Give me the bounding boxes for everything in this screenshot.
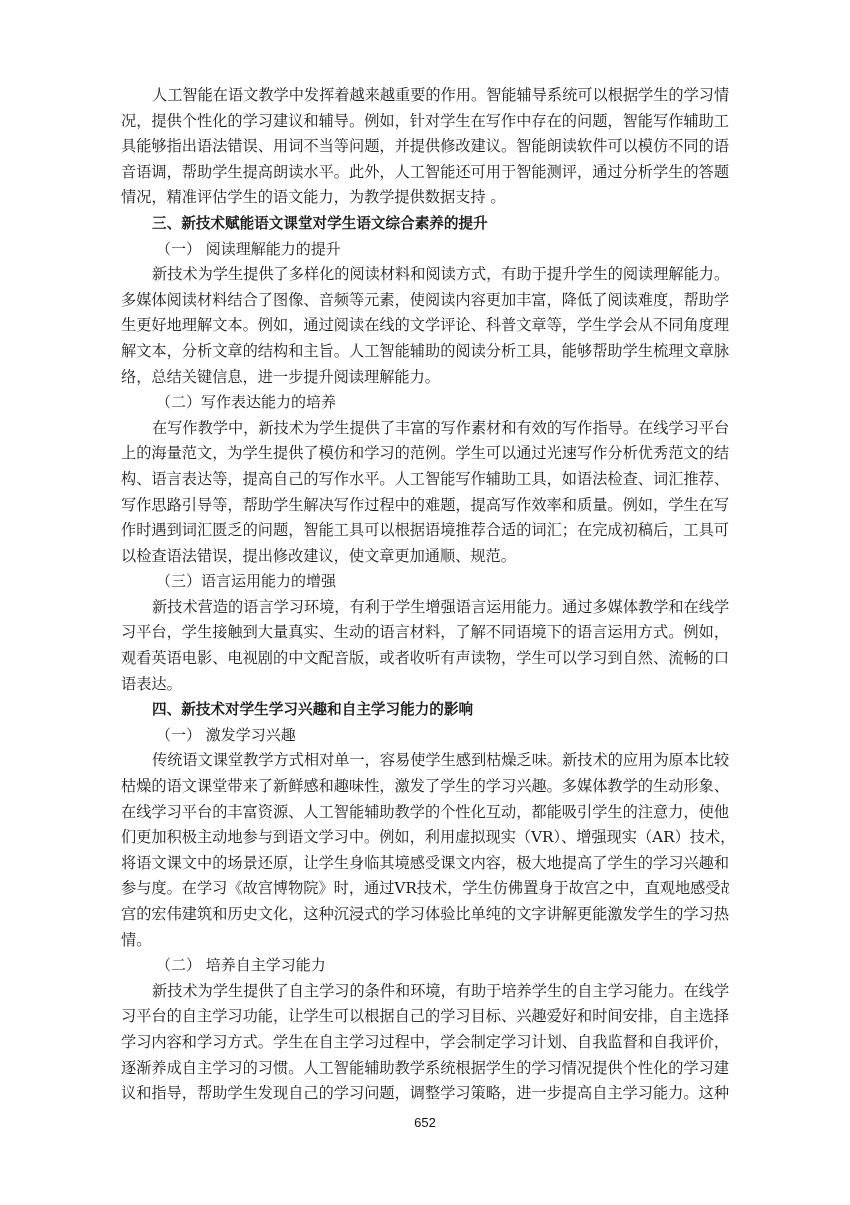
text-line: 新技术营造的语言学习环境，有利于学生增强语言运用能力。通过多媒体教学和在线学 (121, 595, 729, 621)
section-heading-4: 四、新技术对学生学习兴趣和自主学习能力的影响 (121, 697, 729, 723)
paragraph-writing: 在写作教学中，新技术为学生提供了丰富的写作素材和有效的写作指导。在线学习平台上的… (121, 416, 729, 570)
text-line: 解文本，分析文章的结构和主旨。人工智能辅助的阅读分析工具，能够帮助学生梳理文章脉 (121, 339, 729, 365)
text-line: 议和指导，帮助学生发现自己的学习问题，调整学习策略，进一步提高自主学习能力。这种 (121, 1081, 729, 1107)
text-line: 音语调，帮助学生提高朗读水平。此外，人工智能还可用于智能测评，通过分析学生的答题 (121, 160, 729, 186)
subsection-heading-3-3: （三）语言运用能力的增强 (121, 569, 729, 595)
text-line: 况，提供个性化的学习建议和辅导。例如，针对学生在写作中存在的问题，智能写作辅助工 (121, 109, 729, 135)
text-line: 习平台的自主学习功能，让学生可以根据自己的学习目标、兴趣爱好和时间安排，自主选择 (121, 1004, 729, 1030)
paragraph-ai-in-teaching: 人工智能在语文教学中发挥着越来越重要的作用。智能辅导系统可以根据学生的学习情况，… (121, 83, 729, 211)
text-line: 情。 (121, 928, 729, 954)
text-line: 学习内容和学习方式。学生在自主学习过程中，学会制定学习计划、自我监督和自我评价， (121, 1030, 729, 1056)
text-line: 作时遇到词汇匮乏的问题，智能工具可以根据语境推荐合适的词汇；在完成初稿后，工具可 (121, 518, 729, 544)
text-line: 们更加积极主动地参与到语文学习中。例如，利用虚拟现实（VR）、增强现实（AR）技… (121, 825, 729, 851)
text-line: 习平台，学生接触到大量真实、生动的语言材料，了解不同语境下的语言运用方式。例如， (121, 620, 729, 646)
text-line: 新技术为学生提供了多样化的阅读材料和阅读方式，有助于提升学生的阅读理解能力。 (121, 262, 729, 288)
text-line: 新技术为学生提供了自主学习的条件和环境，有助于培养学生的自主学习能力。在线学 (121, 979, 729, 1005)
subsection-heading-4-2: （二） 培养自主学习能力 (121, 953, 729, 979)
document-page: 人工智能在语文教学中发挥着越来越重要的作用。智能辅导系统可以根据学生的学习情况，… (121, 83, 729, 1107)
paragraph-autonomy: 新技术为学生提供了自主学习的条件和环境，有助于培养学生的自主学习能力。在线学习平… (121, 979, 729, 1107)
text-line: 逐渐养成自主学习的习惯。人工智能辅助教学系统根据学生的学习情况提供个性化的学习建 (121, 1056, 729, 1082)
text-line: 多媒体阅读材料结合了图像、音频等元素，使阅读内容更加丰富，降低了阅读难度，帮助学 (121, 288, 729, 314)
text-line: 在写作教学中，新技术为学生提供了丰富的写作素材和有效的写作指导。在线学习平台 (121, 416, 729, 442)
text-line: 人工智能在语文教学中发挥着越来越重要的作用。智能辅导系统可以根据学生的学习情 (121, 83, 729, 109)
subsection-heading-4-1: （一） 激发学习兴趣 (121, 723, 729, 749)
text-line: 以检查语法错误，提出修改建议，使文章更加通顺、规范。 (121, 544, 729, 570)
section-heading-3: 三、新技术赋能语文课堂对学生语文综合素养的提升 (121, 211, 729, 237)
paragraph-interest: 传统语文课堂教学方式相对单一，容易使学生感到枯燥乏味。新技术的应用为原本比较枯燥… (121, 748, 729, 953)
subsection-heading-3-1: （一） 阅读理解能力的提升 (121, 237, 729, 263)
text-line: 络，总结关键信息，进一步提升阅读理解能力。 (121, 365, 729, 391)
text-line: 观看英语电影、电视剧的中文配音版，或者收听有声读物，学生可以学习到自然、流畅的口 (121, 646, 729, 672)
text-line: 上的海量范文，为学生提供了模仿和学习的范例。学生可以通过光速写作分析优秀范文的结 (121, 441, 729, 467)
text-line: 在线学习平台的丰富资源、人工智能辅助教学的个性化互动，都能吸引学生的注意力，使他 (121, 800, 729, 826)
text-line: 将语文课文中的场景还原，让学生身临其境感受课文内容，极大地提高了学生的学习兴趣和 (121, 851, 729, 877)
text-line: 传统语文课堂教学方式相对单一，容易使学生感到枯燥乏味。新技术的应用为原本比较 (121, 748, 729, 774)
text-line: 语表达。 (121, 672, 729, 698)
text-line: 宫的宏伟建筑和历史文化，这种沉浸式的学习体验比单纯的文字讲解更能激发学生的学习热 (121, 902, 729, 928)
paragraph-language-use: 新技术营造的语言学习环境，有利于学生增强语言运用能力。通过多媒体教学和在线学习平… (121, 595, 729, 697)
text-line: 具能够指出语法错误、用词不当等问题，并提供修改建议。智能朗读软件可以模仿不同的语 (121, 134, 729, 160)
text-line: 生更好地理解文本。例如，通过阅读在线的文学评论、科普文章等，学生学会从不同角度理 (121, 313, 729, 339)
text-line: 枯燥的语文课堂带来了新鲜感和趣味性，激发了学生的学习兴趣。多媒体教学的生动形象、 (121, 774, 729, 800)
text-line: 构、语言表达等，提高自己的写作水平。人工智能写作辅助工具，如语法检查、词汇推荐、 (121, 467, 729, 493)
text-line: 情况，精准评估学生的语文能力，为教学提供数据支持 。 (121, 185, 729, 211)
subsection-heading-3-2: （二）写作表达能力的培养 (121, 390, 729, 416)
page-number: 652 (0, 1115, 850, 1130)
text-line: 写作思路引导等，帮助学生解决写作过程中的难题，提高写作效率和质量。例如，学生在写 (121, 493, 729, 519)
paragraph-reading: 新技术为学生提供了多样化的阅读材料和阅读方式，有助于提升学生的阅读理解能力。多媒… (121, 262, 729, 390)
text-line: 参与度。在学习《故宫博物院》时，通过VR技术，学生仿佛置身于故宫之中，直观地感受… (121, 876, 729, 902)
